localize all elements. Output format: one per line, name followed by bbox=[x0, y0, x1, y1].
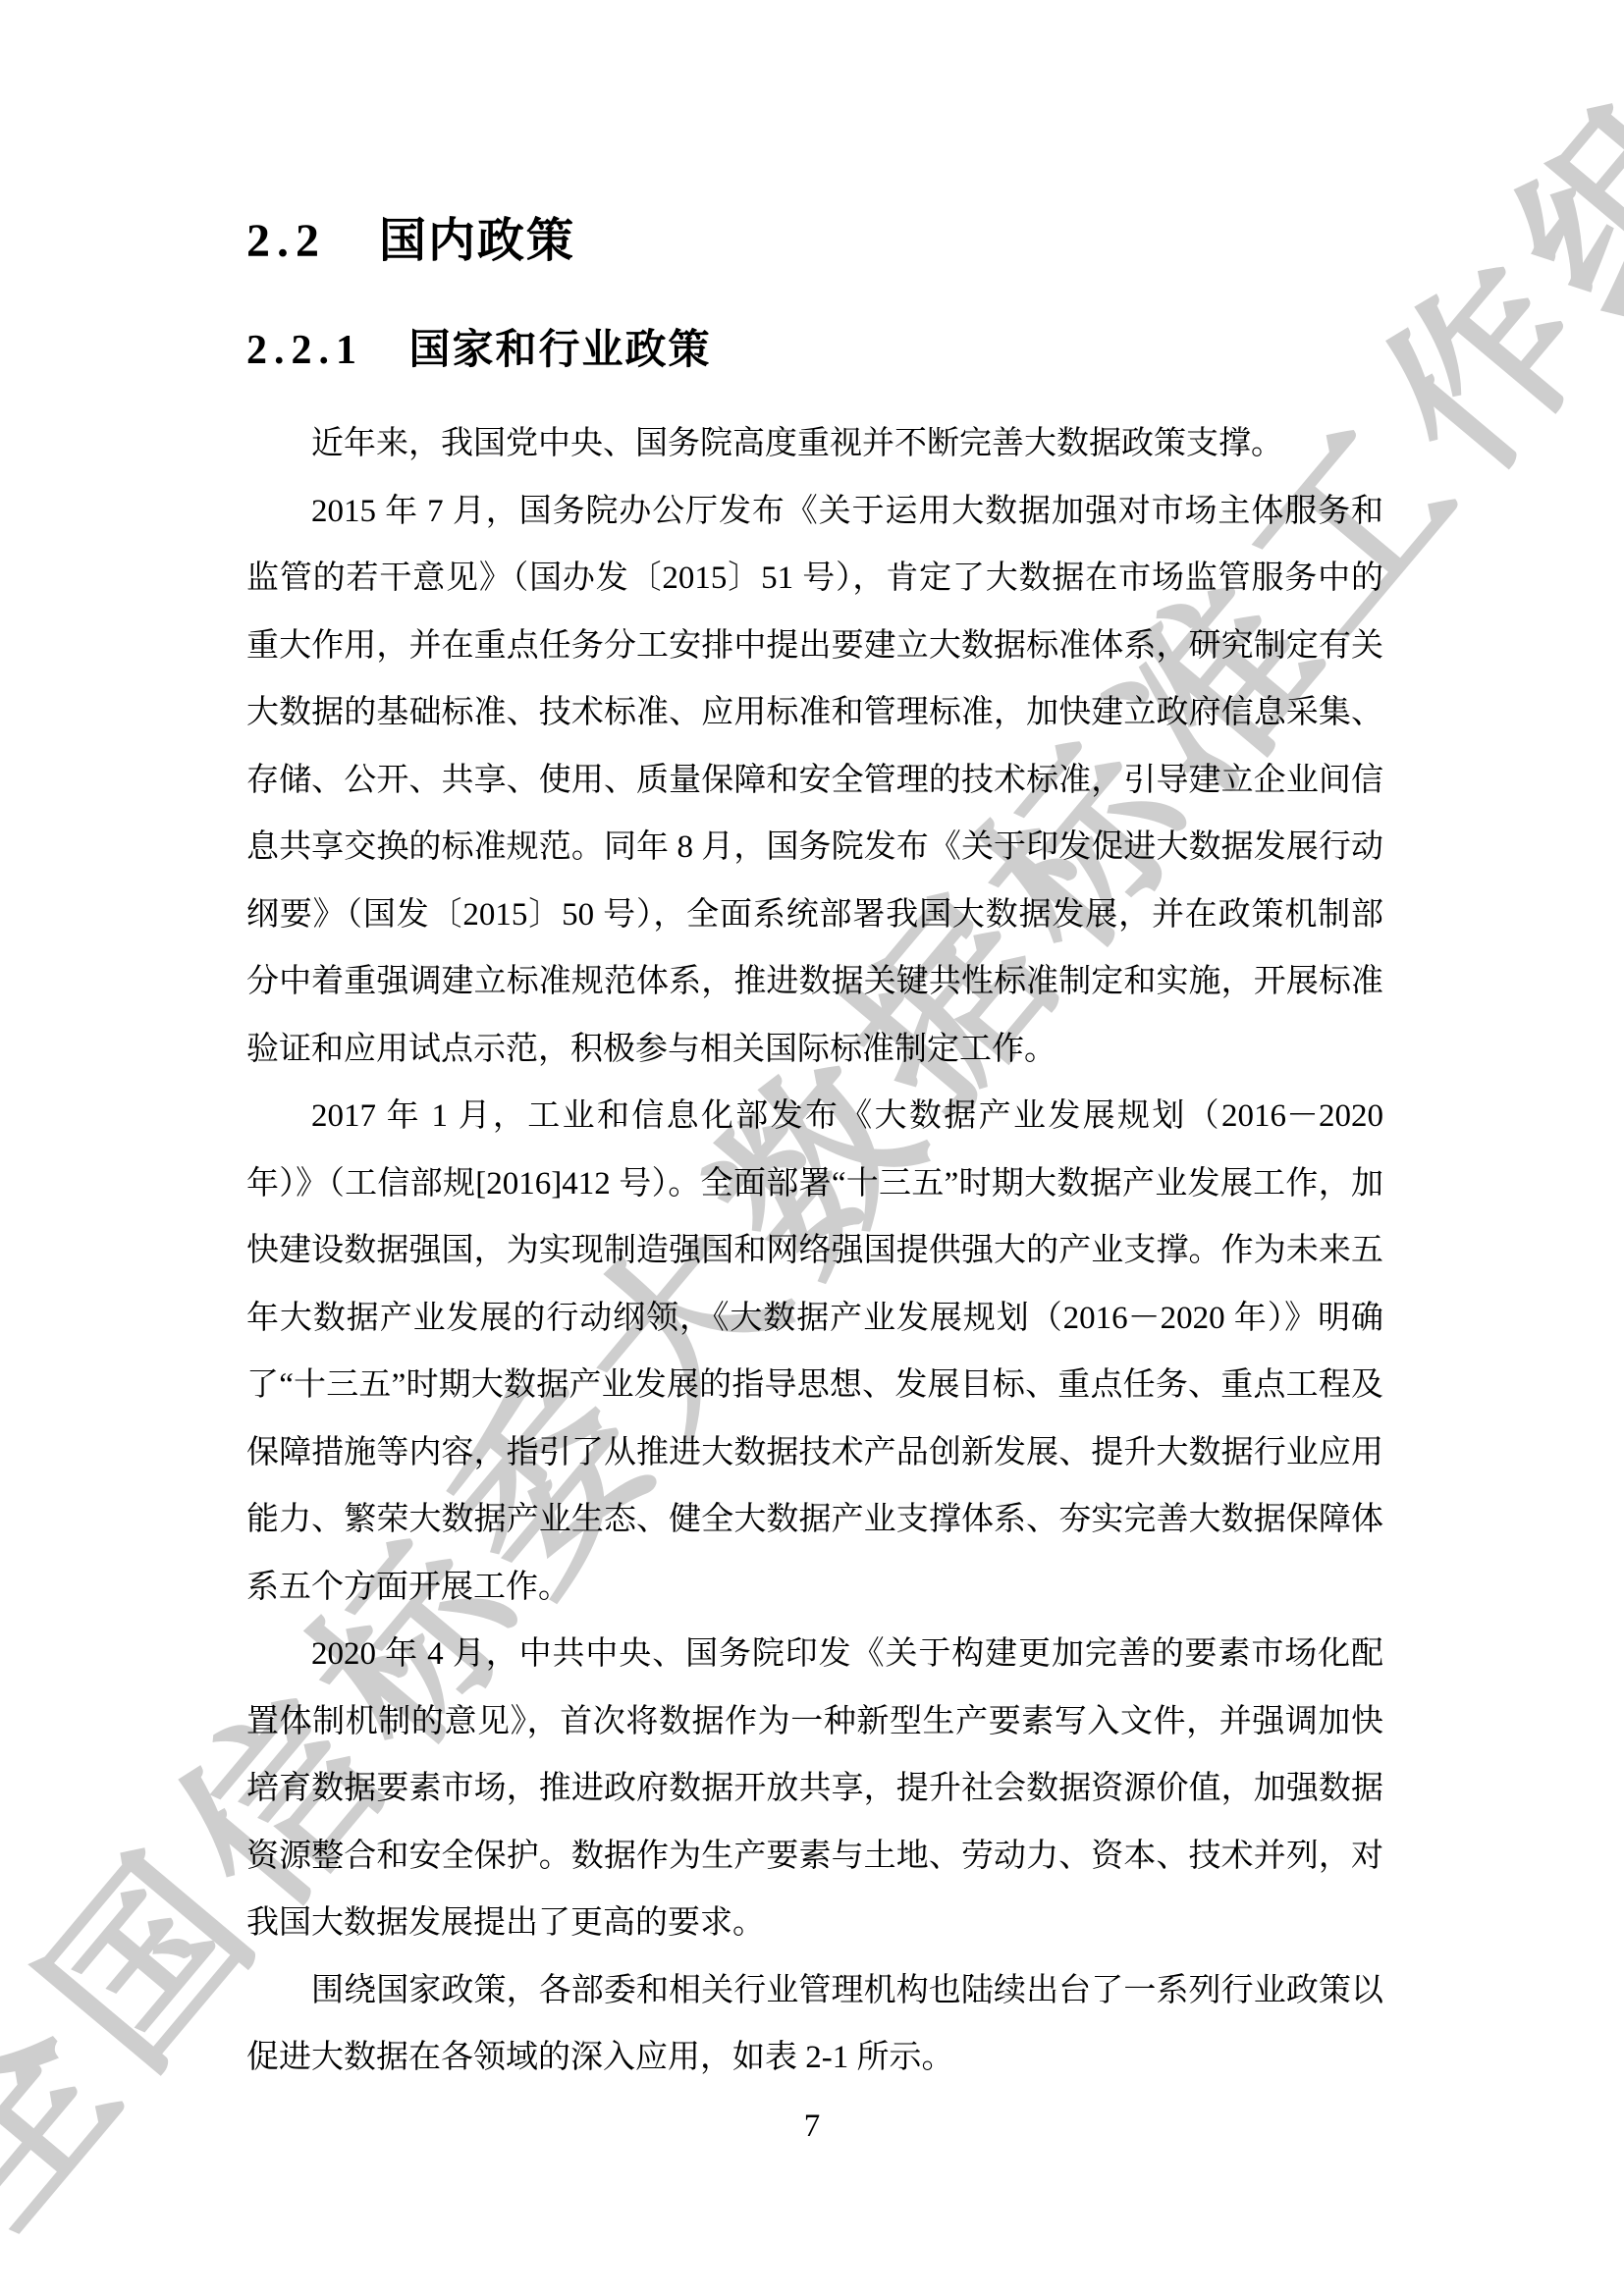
section-title: 国内政策 bbox=[379, 215, 575, 267]
document-page: 全国信标委大数据标准工作组 2.2 国内政策 2.2.1 国家和行业政策 近年来… bbox=[0, 0, 1624, 2296]
body-paragraph: 近年来，我国党中央、国务院高度重视并不断完善大数据政策支撑。 bbox=[246, 410, 1383, 478]
subsection-heading: 2.2.1 国家和行业政策 bbox=[246, 330, 1383, 371]
body-paragraph: 围绕国家政策，各部委和相关行业管理机构也陆续出台了一系列行业政策以促进大数据在各… bbox=[246, 1957, 1383, 2092]
subsection-title: 国家和行业政策 bbox=[409, 328, 712, 373]
section-number: 2.2 bbox=[246, 215, 326, 267]
page-content: 2.2 国内政策 2.2.1 国家和行业政策 近年来，我国党中央、国务院高度重视… bbox=[246, 0, 1383, 2092]
body-paragraph: 2015 年 7 月，国务院办公厅发布《关于运用大数据加强对市场主体服务和监管的… bbox=[246, 478, 1383, 1084]
body-text: 近年来，我国党中央、国务院高度重视并不断完善大数据政策支撑。 2015 年 7 … bbox=[246, 410, 1383, 2092]
body-paragraph: 2020 年 4 月，中共中央、国务院印发《关于构建更加完善的要素市场化配置体制… bbox=[246, 1621, 1383, 1957]
section-heading: 2.2 国内政策 bbox=[246, 218, 1383, 265]
page-number: 7 bbox=[0, 2109, 1624, 2145]
subsection-number: 2.2.1 bbox=[246, 328, 363, 373]
body-paragraph: 2017 年 1 月，工业和信息化部发布《大数据产业发展规划（2016－2020… bbox=[246, 1083, 1383, 1621]
